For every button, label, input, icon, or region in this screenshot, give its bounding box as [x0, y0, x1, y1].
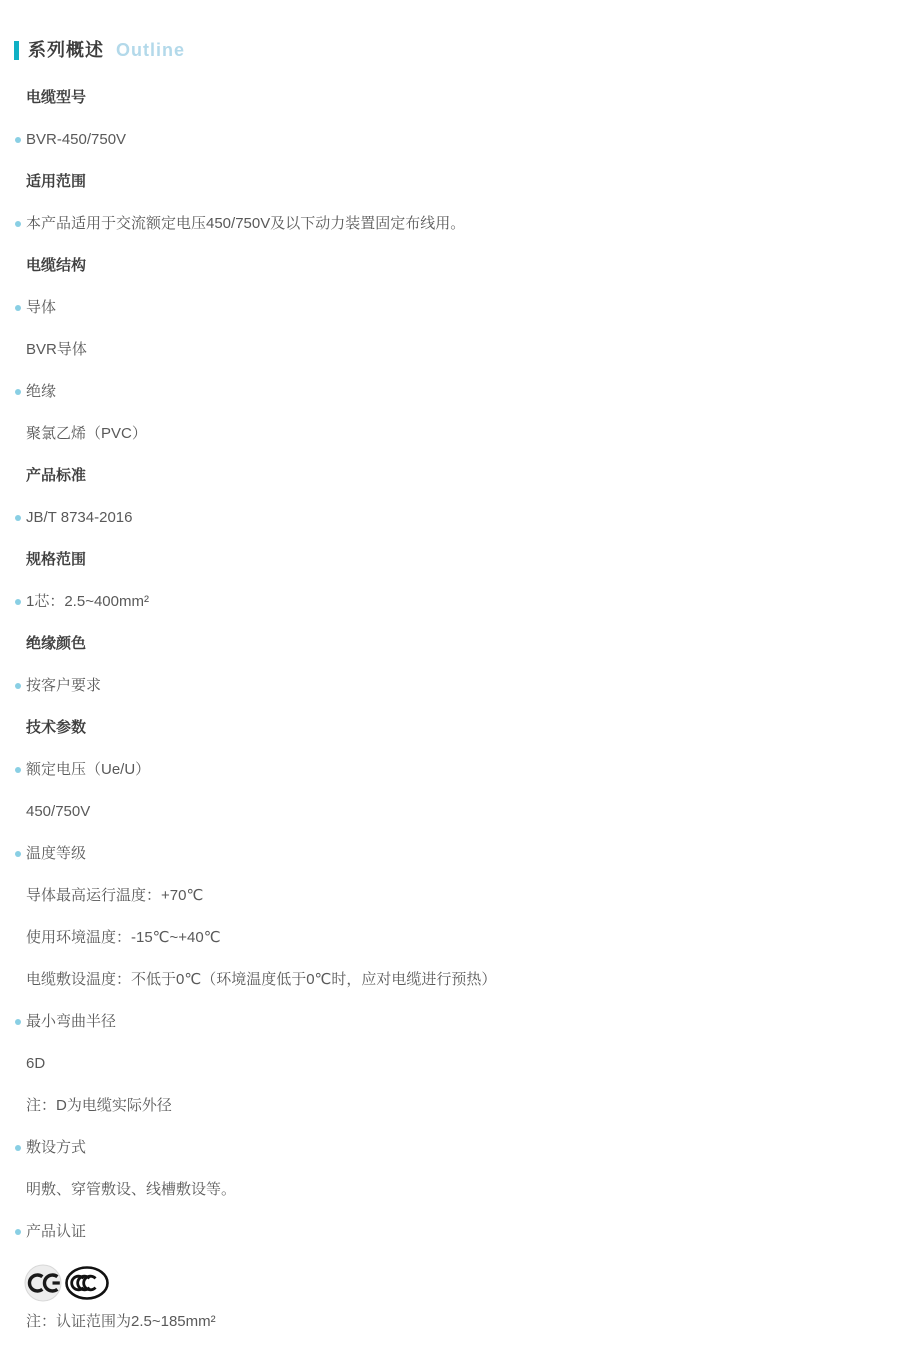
content-row: 敷设方式 — [0, 1138, 900, 1158]
content-row: 1芯：2.5~400mm² — [0, 592, 900, 612]
bullet-dot-icon — [15, 767, 21, 773]
row-text: 适用范围 — [26, 173, 86, 190]
row-text: 产品标准 — [26, 467, 86, 484]
row-text: BVR导体 — [26, 341, 87, 358]
page-subtitle: Outline — [116, 40, 185, 60]
row-text: 产品认证 — [26, 1223, 86, 1240]
ce-mark-icon — [24, 1264, 62, 1302]
bullet-dot-icon — [15, 1229, 21, 1235]
page-title: 系列概述 — [28, 40, 104, 60]
row-text: 电缆敷设温度：不低于0℃（环境温度低于0℃时，应对电缆进行预热） — [26, 971, 496, 988]
content-row: 6D — [0, 1054, 900, 1074]
bullet-dot-icon — [15, 515, 21, 521]
row-text: 使用环境温度：-15℃~+40℃ — [26, 929, 221, 946]
bullet-dot-icon — [15, 305, 21, 311]
content-row: 使用环境温度：-15℃~+40℃ — [0, 928, 900, 948]
bullet-dot-icon — [15, 1019, 21, 1025]
row-text: 导体最高运行温度：+70℃ — [26, 887, 203, 904]
content-row: 规格范围 — [0, 550, 900, 570]
content-list: 电缆型号 BVR-450/750V 适用范围 本产品适用于交流额定电压450/7… — [0, 88, 900, 1332]
bullet-dot-icon — [15, 221, 21, 227]
row-text: 敷设方式 — [26, 1139, 86, 1156]
row-text: 电缆结构 — [26, 257, 86, 274]
row-text: 导体 — [26, 299, 56, 316]
content-row: 技术参数 — [0, 718, 900, 738]
row-text: 电缆型号 — [26, 89, 86, 106]
row-text: 注：D为电缆实际外径 — [26, 1097, 172, 1114]
row-text: 明敷、穿管敷设、线槽敷设等。 — [26, 1181, 236, 1198]
row-text: 按客户要求 — [26, 677, 101, 694]
content-row: 产品认证 — [0, 1222, 900, 1242]
content-row: 450/750V — [0, 802, 900, 822]
content-row: 电缆敷设温度：不低于0℃（环境温度低于0℃时，应对电缆进行预热） — [0, 970, 900, 990]
outline-page: 系列概述 Outline 电缆型号 BVR-450/750V 适用范围 本产品适… — [0, 0, 900, 1358]
content-row: 电缆结构 — [0, 256, 900, 276]
content-row: 导体 — [0, 298, 900, 318]
content-row: 最小弯曲半径 — [0, 1012, 900, 1032]
bullet-dot-icon — [15, 851, 21, 857]
bullet-dot-icon — [15, 683, 21, 689]
accent-bar — [14, 41, 19, 60]
content-row: 温度等级 — [0, 844, 900, 864]
content-row: 明敷、穿管敷设、线槽敷设等。 — [0, 1180, 900, 1200]
content-row: 按客户要求 — [0, 676, 900, 696]
bullet-dot-icon — [15, 137, 21, 143]
row-text: JB/T 8734-2016 — [26, 509, 132, 526]
row-text: 额定电压（Ue/U） — [26, 761, 150, 778]
row-text: 1芯：2.5~400mm² — [26, 593, 149, 610]
row-text: 6D — [26, 1055, 45, 1072]
row-text: 绝缘 — [26, 383, 56, 400]
row-text: 450/750V — [26, 803, 90, 820]
content-row: 产品标准 — [0, 466, 900, 486]
content-row: 注：认证范围为2.5~185mm² — [0, 1312, 900, 1332]
row-text: BVR-450/750V — [26, 131, 126, 148]
row-text: 技术参数 — [26, 719, 86, 736]
row-text: 绝缘颜色 — [26, 635, 86, 652]
row-text: 注：认证范围为2.5~185mm² — [26, 1313, 216, 1330]
row-text: 温度等级 — [26, 845, 86, 862]
row-text: 最小弯曲半径 — [26, 1013, 116, 1030]
content-row: JB/T 8734-2016 — [0, 508, 900, 528]
content-row: 绝缘颜色 — [0, 634, 900, 654]
content-row: 注：D为电缆实际外径 — [0, 1096, 900, 1116]
content-row: 聚氯乙烯（PVC） — [0, 424, 900, 444]
bullet-dot-icon — [15, 1145, 21, 1151]
bullet-dot-icon — [15, 389, 21, 395]
content-row: 电缆型号 — [0, 88, 900, 108]
row-text: 聚氯乙烯（PVC） — [26, 425, 147, 442]
bullet-dot-icon — [15, 599, 21, 605]
content-row: 适用范围 — [0, 172, 900, 192]
row-text: 本产品适用于交流额定电压450/750V及以下动力装置固定布线用。 — [26, 215, 465, 232]
ccc-mark-icon — [64, 1265, 110, 1301]
content-row: 额定电压（Ue/U） — [0, 760, 900, 780]
content-row: 导体最高运行温度：+70℃ — [0, 886, 900, 906]
content-row: 本产品适用于交流额定电压450/750V及以下动力装置固定布线用。 — [0, 214, 900, 234]
content-row: BVR-450/750V — [0, 130, 900, 150]
content-row: BVR导体 — [0, 340, 900, 360]
row-text: 规格范围 — [26, 551, 86, 568]
section-header: 系列概述 Outline — [0, 0, 900, 60]
content-row: 绝缘 — [0, 382, 900, 402]
certification-icons-row — [24, 1264, 900, 1302]
